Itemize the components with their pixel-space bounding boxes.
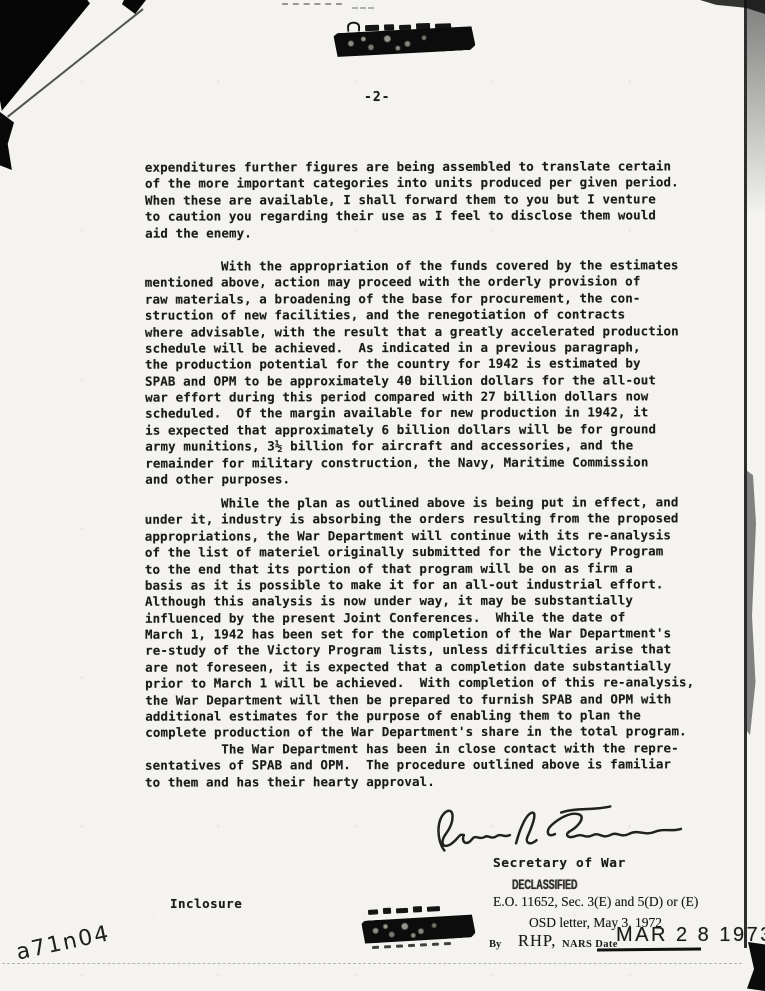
scan-artifact-dashes-top [282,3,342,5]
inclosure-label: Inclosure [170,896,242,911]
stamp-fragments-under [372,942,451,949]
page-edge-dark-segment [746,470,756,735]
declassified-stamp: DECLASSIFIED [512,877,577,892]
torn-corner-blob [0,112,14,170]
redaction-stamp-bottom [361,913,475,945]
paragraph-1: expenditures further figures are being a… [145,158,679,241]
handwritten-catalog-number: a71n04 [14,921,113,965]
reviewer-initials: RHP, [518,931,556,951]
paragraph-3: While the plan as outlined above is bein… [145,494,695,741]
stamp-fragments-bottom [368,905,440,915]
scan-artifact-line-bottom [2,963,742,964]
page-edge-shade [747,0,765,215]
nars-date-underline [597,947,701,951]
document-page: -2- expenditures further figures are bei… [0,0,765,991]
eo-authority-line: E.O. 11652, Sec. 3(E) and 5(D) or (E) [493,894,698,910]
by-label: By [489,939,501,950]
paragraph-4: The War Department has been in close con… [145,740,679,791]
scan-artifact-dashes-top-2 [352,7,374,9]
page-number: -2- [364,90,390,105]
paragraph-2: With the appropriation of the funds cove… [145,257,679,488]
torn-corner-chip [122,0,146,14]
date-stamp: MAR 2 8 1973 [616,924,765,947]
handwritten-signature [428,805,684,859]
signature-title: Secretary of War [493,856,626,871]
torn-corner-shadow [0,0,90,112]
page-edge-bottom-blob [745,942,765,991]
